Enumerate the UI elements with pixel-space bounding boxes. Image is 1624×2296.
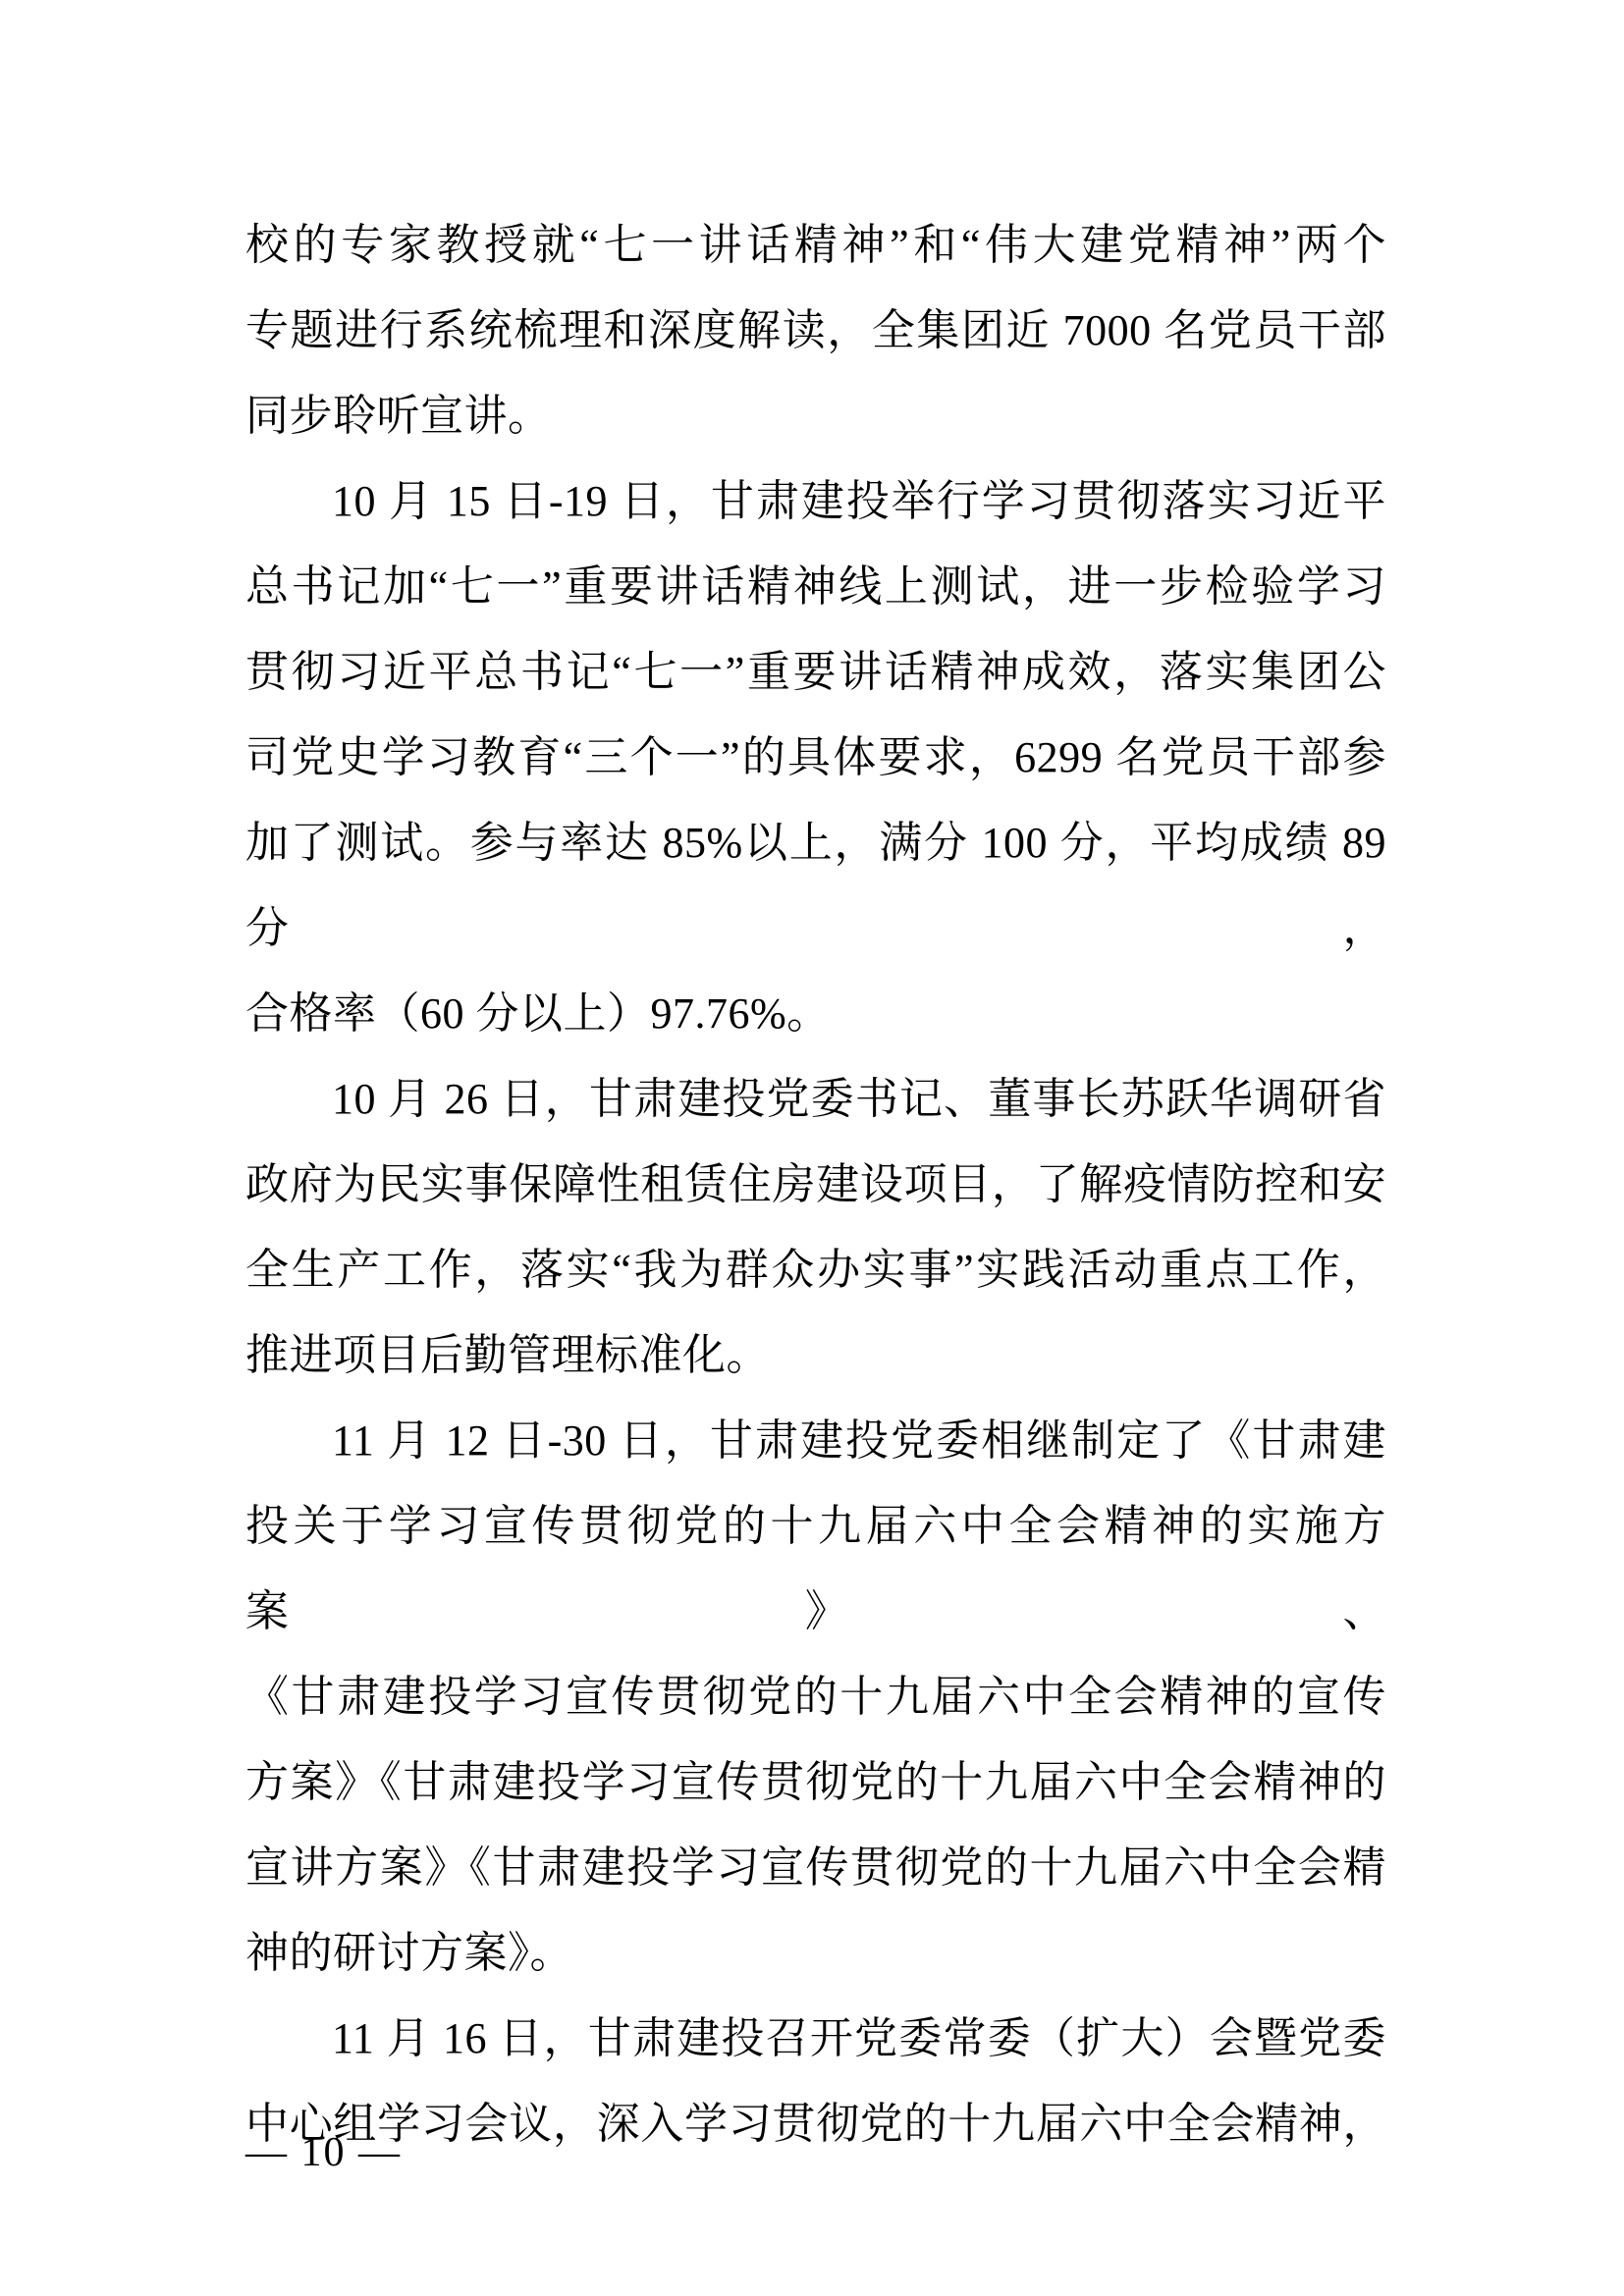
text-line: 政府为民实事保障性租赁住房建设项目，了解疫情防控和安 [245, 1142, 1386, 1227]
text-line: 《甘肃建投学习宣传贯彻党的十九届六中全会精神的宣传 [245, 1654, 1386, 1739]
paragraph: 10 月 26 日，甘肃建投党委书记、董事长苏跃华调研省 政府为民实事保障性租赁… [245, 1056, 1386, 1398]
text-line: 全生产工作，落实“我为群众办实事”实践活动重点工作， [245, 1227, 1386, 1312]
paragraph: 11 月 12 日-30 日，甘肃建投党委相继制定了《甘肃建 投关于学习宣传贯彻… [245, 1398, 1386, 1996]
text-line: 总书记加“七一”重要讲话精神线上测试，进一步检验学习 [245, 544, 1386, 629]
text-line: 同步聆听宣讲。 [245, 373, 1386, 458]
text-line: 宣讲方案》《甘肃建投学习宣传贯彻党的十九届六中全会精 [245, 1825, 1386, 1910]
document-body: 校的专家教授就“七一讲话精神”和“伟大建党精神”两个 专题进行系统梳理和深度解读… [245, 202, 1386, 2166]
text-line: 11 月 12 日-30 日，甘肃建投党委相继制定了《甘肃建 [245, 1398, 1386, 1483]
page-number: — 10 — [245, 2130, 402, 2175]
text-line: 推进项目后勤管理标准化。 [245, 1312, 1386, 1398]
text-line: 校的专家教授就“七一讲话精神”和“伟大建党精神”两个 [245, 202, 1386, 288]
page-footer: — 10 — [245, 2128, 402, 2177]
paragraph: 10 月 15 日-19 日，甘肃建投举行学习贯彻落实习近平 总书记加“七一”重… [245, 458, 1386, 1056]
paragraph: 校的专家教授就“七一讲话精神”和“伟大建党精神”两个 专题进行系统梳理和深度解读… [245, 202, 1386, 458]
text-line: 合格率（60 分以上）97.76%。 [245, 971, 1386, 1056]
document-page: 校的专家教授就“七一讲话精神”和“伟大建党精神”两个 专题进行系统梳理和深度解读… [0, 0, 1624, 2296]
text-line: 贯彻习近平总书记“七一”重要讲话精神成效，落实集团公 [245, 629, 1386, 715]
text-line: 投关于学习宣传贯彻党的十九届六中全会精神的实施方案》、 [245, 1483, 1386, 1654]
text-line: 10 月 15 日-19 日，甘肃建投举行学习贯彻落实习近平 [245, 458, 1386, 544]
paragraph: 11 月 16 日，甘肃建投召开党委常委（扩大）会暨党委 中心组学习会议，深入学… [245, 1996, 1386, 2166]
text-line: 专题进行系统梳理和深度解读，全集团近 7000 名党员干部 [245, 288, 1386, 373]
text-line: 方案》《甘肃建投学习宣传贯彻党的十九届六中全会精神的 [245, 1739, 1386, 1825]
text-line: 加了测试。参与率达 85%以上，满分 100 分，平均成绩 89 分， [245, 800, 1386, 971]
text-line: 司党史学习教育“三个一”的具体要求，6299 名党员干部参 [245, 715, 1386, 800]
text-line: 神的研讨方案》。 [245, 1910, 1386, 1996]
text-line: 10 月 26 日，甘肃建投党委书记、董事长苏跃华调研省 [245, 1056, 1386, 1142]
text-line: 11 月 16 日，甘肃建投召开党委常委（扩大）会暨党委 [245, 1996, 1386, 2081]
text-line: 中心组学习会议，深入学习贯彻党的十九届六中全会精神， [245, 2081, 1386, 2166]
